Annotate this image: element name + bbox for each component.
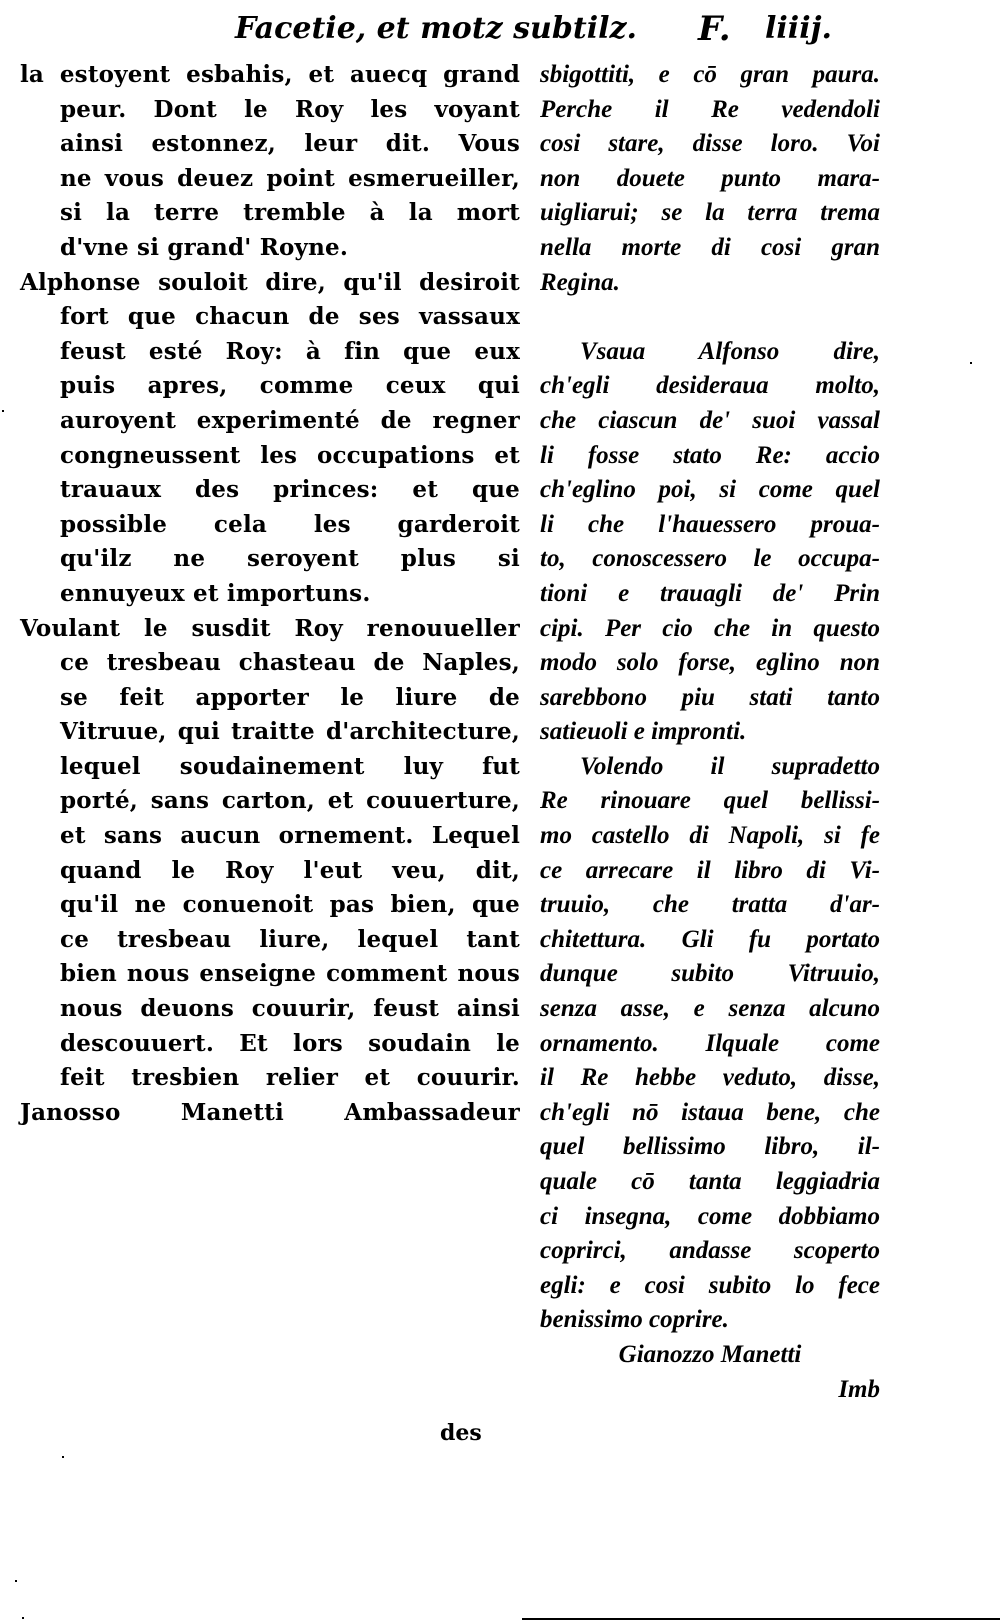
french-line: feit tresbien relier et couurir.	[20, 1061, 520, 1096]
italian-line: truuio, che tratta d'ar-	[540, 888, 880, 923]
italian-line: chitettura. Gli fu portato	[540, 923, 880, 958]
french-attribution: Janosso Manetti Ambassadeur	[20, 1096, 520, 1131]
italian-line: ornamento. Ilquale come	[540, 1027, 880, 1062]
italian-line: cipi. Per cio che in questo	[540, 612, 880, 647]
french-line: ce tresbeau chasteau de Naples,	[20, 646, 520, 681]
signature-mark: F.	[698, 4, 731, 54]
italian-line: Re rinouare quel bellissi-	[540, 784, 880, 819]
paragraph-gap	[540, 300, 880, 335]
italian-line: mo castello di Napoli, si fe	[540, 819, 880, 854]
italian-paragraph-start: Vsaua Alfonso dire,	[540, 335, 880, 370]
italian-line: ch'eglino poi, si come quel	[540, 473, 880, 508]
italian-line: ch'egli desideraua molto,	[540, 369, 880, 404]
french-line: ce tresbeau liure, lequel tant	[20, 923, 520, 958]
french-paragraph-start: Voulant le susdit Roy renouueller	[20, 612, 520, 647]
french-line: ainsi estonnez, leur dit. Vous	[20, 127, 520, 162]
french-line: et sans aucun ornement. Lequel	[20, 819, 520, 854]
french-line: trauaux des princes: et que	[20, 473, 520, 508]
italian-line: nella morte di cosi gran	[540, 231, 880, 266]
italian-line: li che l'hauessero proua-	[540, 508, 880, 543]
french-line: lequel soudainement luy fut	[20, 750, 520, 785]
french-line: feust esté Roy: à fin que eux	[20, 335, 520, 370]
italian-line: quale cō tanta leggiadria	[540, 1165, 880, 1200]
italian-attribution: Gianozzo Manetti	[540, 1338, 880, 1373]
french-line: ne vous deuez point esmerueiller,	[20, 162, 520, 197]
italian-line: sarebbono piu stati tanto	[540, 681, 880, 716]
italian-line: ce arrecare il libro di Vi-	[540, 854, 880, 889]
french-line: peur. Dont le Roy les voyant	[20, 93, 520, 128]
french-line: d'vne si grand' Royne.	[20, 231, 520, 266]
italian-line: coprirci, andasse scoperto	[540, 1234, 880, 1269]
italian-line: senza asse, e senza alcuno	[540, 992, 880, 1027]
italian-line: il Re hebbe veduto, disse,	[540, 1061, 880, 1096]
italian-line: ci insegna, come dobbiamo	[540, 1200, 880, 1235]
italian-line: che ciascun de' suoi vassal	[540, 404, 880, 439]
running-head: Facetie, et motz subtilz. F. liiij.	[200, 4, 800, 54]
french-line: descouuert. Et lors soudain le	[20, 1027, 520, 1062]
italian-line: Regina.	[540, 266, 880, 301]
french-line: congneussent les occupations et	[20, 439, 520, 474]
french-column: la estoyent esbahis, et auecq grand peur…	[20, 58, 520, 1130]
italian-line: ch'egli nō istaua bene, che	[540, 1096, 880, 1131]
french-line: Vitruue, qui traitte d'architecture,	[20, 715, 520, 750]
french-line: fort que chacun de ses vassaux	[20, 300, 520, 335]
catchword: des	[440, 1420, 482, 1446]
italian-line: Perche il Re vedendoli	[540, 93, 880, 128]
italian-column: sbigottiti, e cō gran paura. Perche il R…	[540, 58, 880, 1407]
scan-speck	[62, 1456, 64, 1458]
running-head-title: Facetie, et motz subtilz.	[235, 4, 637, 54]
french-line: quand le Roy l'eut veu, dit,	[20, 854, 520, 889]
italian-line: tioni e trauagli de' Prin	[540, 577, 880, 612]
italian-line: egli: e cosi subito lo fece	[540, 1269, 880, 1304]
italian-line: cosi stare, disse loro. Voi	[540, 127, 880, 162]
italian-line: to, conoscessero le occupa-	[540, 542, 880, 577]
french-line: porté, sans carton, et couuerture,	[20, 784, 520, 819]
italian-line: sbigottiti, e cō gran paura.	[540, 58, 880, 93]
french-paragraph-start: Alphonse souloit dire, qu'il desiroit	[20, 266, 520, 301]
page-edge-rule	[522, 1618, 1000, 1620]
italian-line: benissimo coprire.	[540, 1303, 880, 1338]
french-line: qu'ilz ne seroyent plus si	[20, 542, 520, 577]
italian-line: non douete punto mara-	[540, 162, 880, 197]
italian-line: satieuoli e impronti.	[540, 715, 880, 750]
italian-line: dunque subito Vitruuio,	[540, 957, 880, 992]
french-line: la estoyent esbahis, et auecq grand	[20, 58, 520, 93]
french-line: bien nous enseigne comment nous	[20, 957, 520, 992]
scan-speck	[22, 1617, 24, 1619]
italian-line: li fosse stato Re: accio	[540, 439, 880, 474]
french-line: puis apres, comme ceux qui	[20, 369, 520, 404]
italian-line: modo solo forse, eglino non	[540, 646, 880, 681]
french-line: se feit apporter le liure de	[20, 681, 520, 716]
italian-line: uigliarui; se la terra trema	[540, 196, 880, 231]
scan-speck	[15, 1580, 17, 1582]
folio-number: liiij.	[765, 4, 832, 54]
italian-line: quel bellissimo libro, il-	[540, 1130, 880, 1165]
french-line: qu'il ne conuenoit pas bien, que	[20, 888, 520, 923]
french-line: si la terre tremble à la mort	[20, 196, 520, 231]
french-line: possible cela les garderoit	[20, 508, 520, 543]
scan-speck	[970, 362, 972, 364]
french-line: auroyent experimenté de regner	[20, 404, 520, 439]
italian-paragraph-start: Volendo il supradetto	[540, 750, 880, 785]
french-line: ennuyeux et importuns.	[20, 577, 520, 612]
book-page: Facetie, et motz subtilz. F. liiij. la e…	[0, 0, 1000, 1621]
scan-speck	[2, 410, 4, 412]
italian-catchword: Imb	[540, 1373, 880, 1408]
french-line: nous deuons couurir, feust ainsi	[20, 992, 520, 1027]
